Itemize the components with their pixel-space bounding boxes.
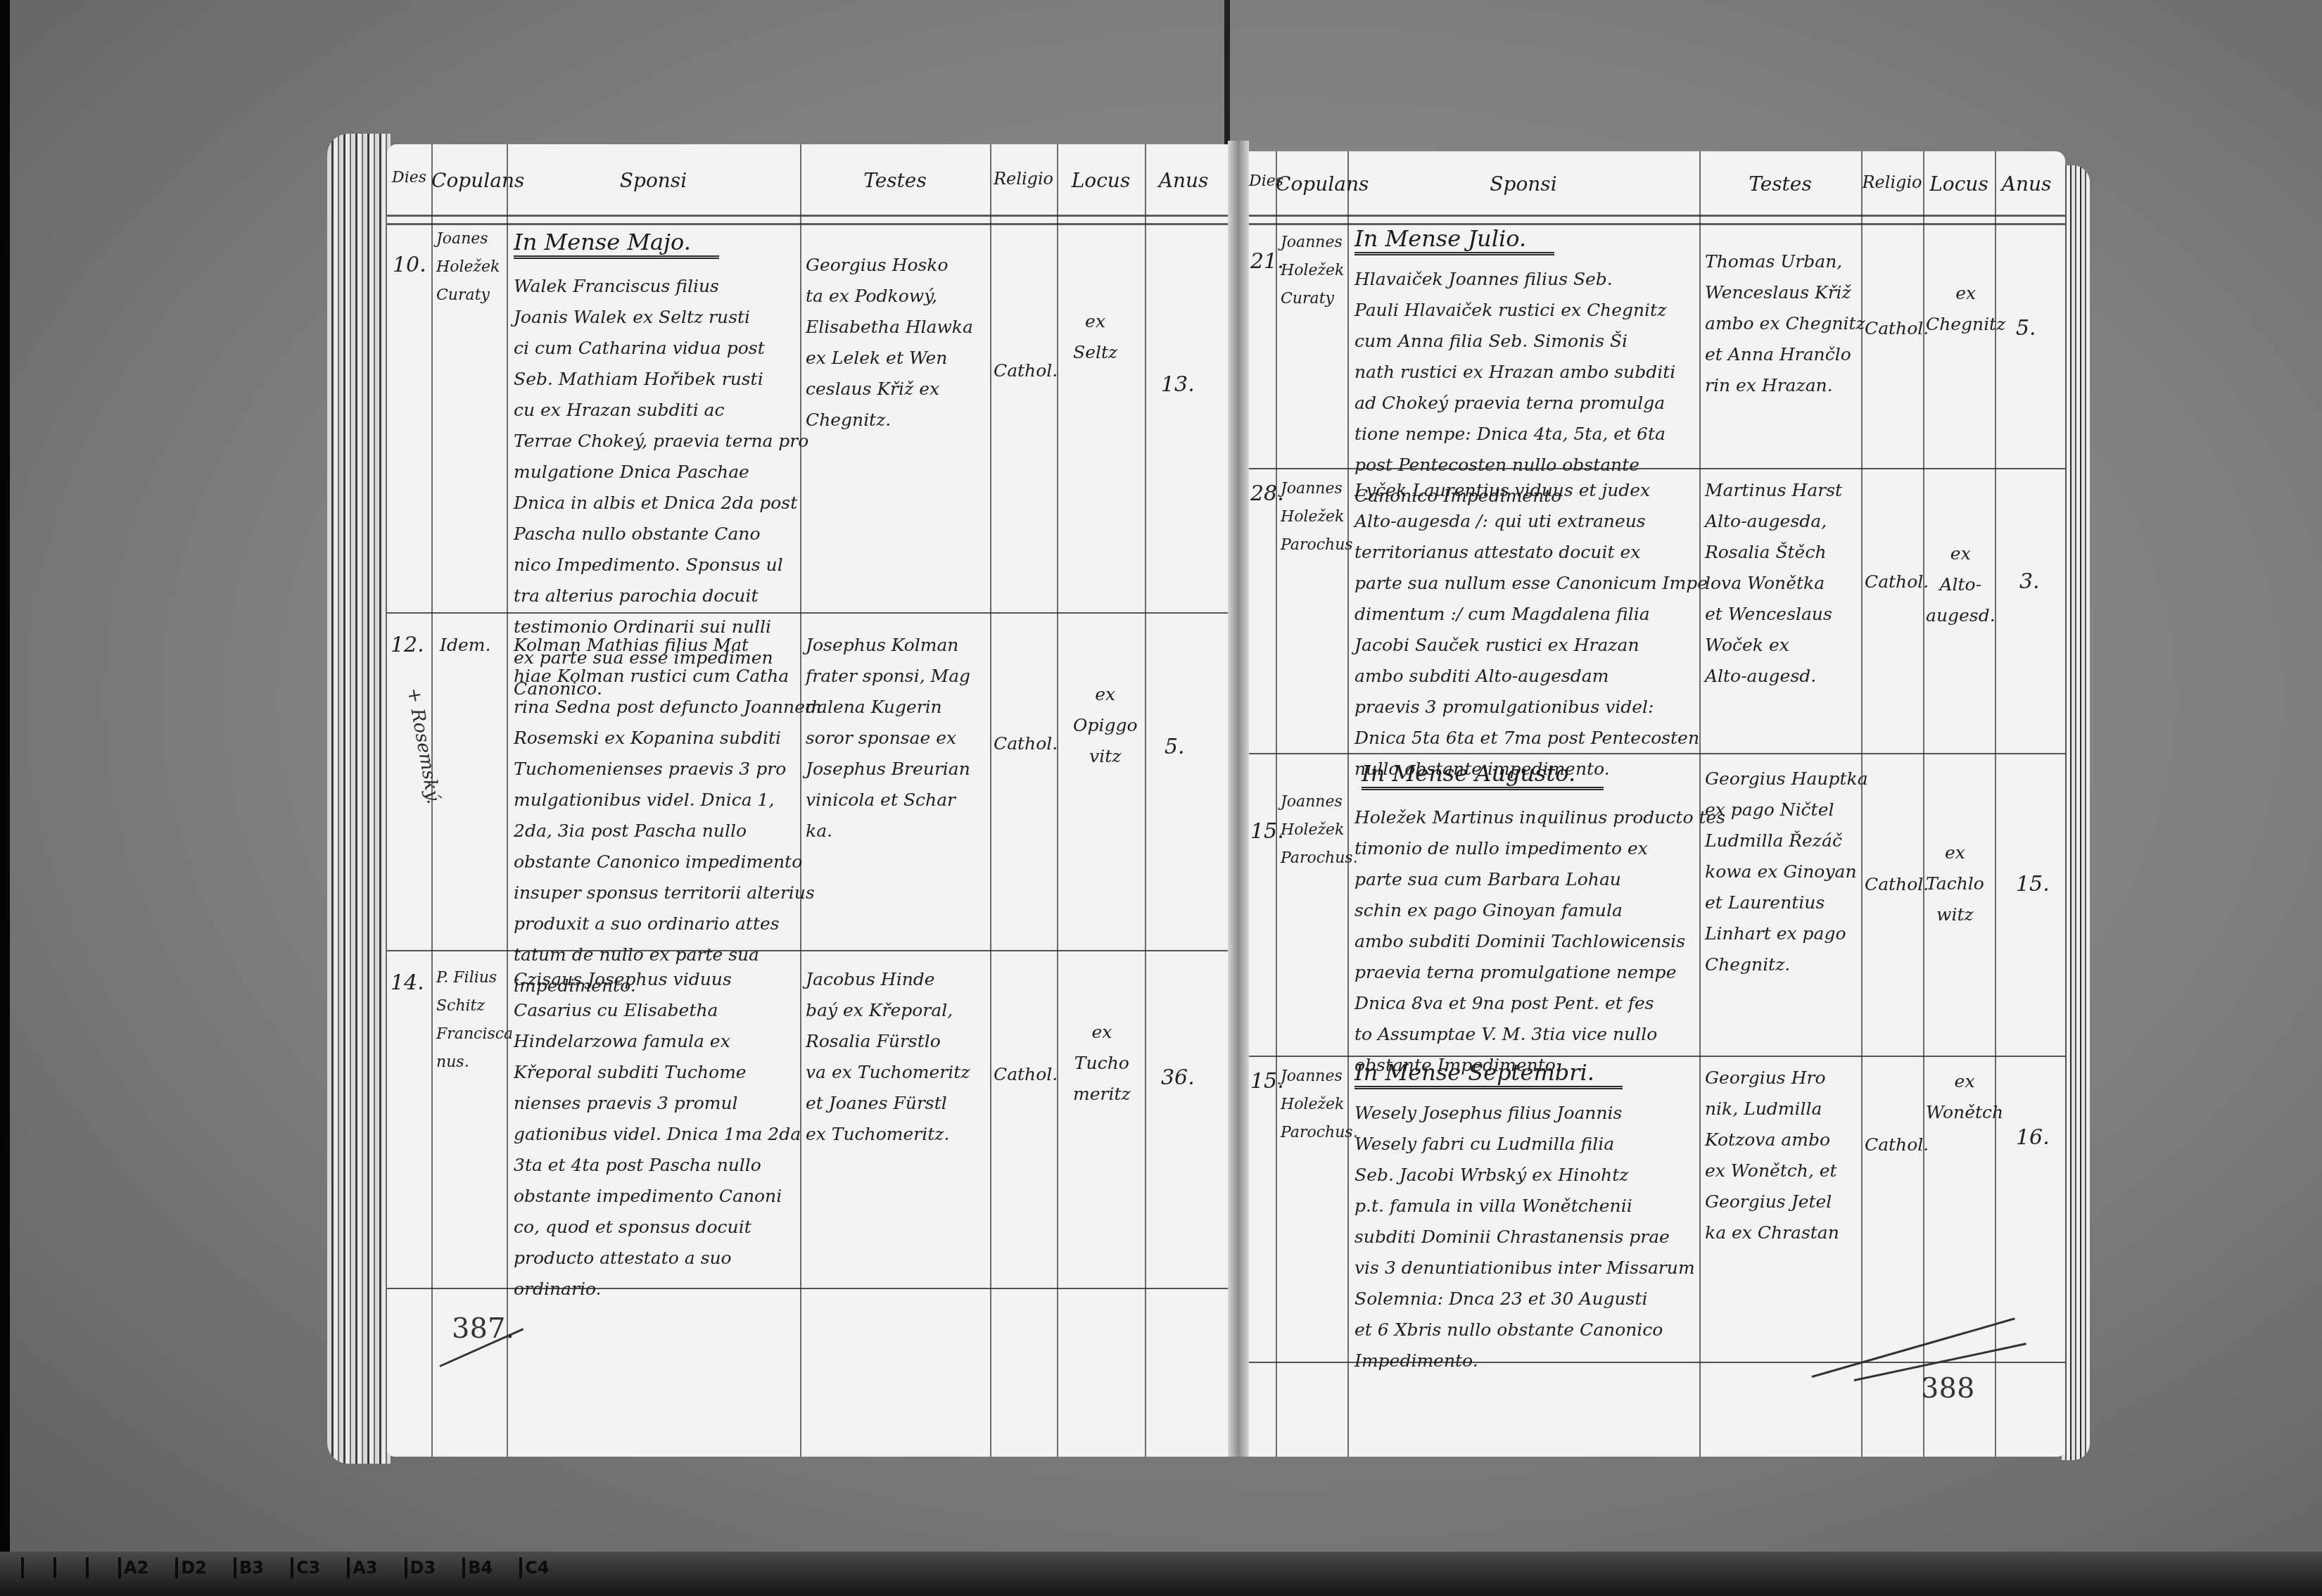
film-mark: B4: [462, 1557, 493, 1578]
page-number: 388: [1921, 1372, 1974, 1405]
entry-sponsi: Holežek Martinus inquilinus producto tes…: [1354, 802, 1725, 1081]
film-mark: C3: [291, 1557, 320, 1578]
col-header-religio: Religio: [1861, 172, 1923, 192]
film-mark: [53, 1557, 59, 1578]
entry-anus: 16.: [2016, 1122, 2050, 1153]
film-mark: [21, 1557, 27, 1578]
entry-testes: Georgius Hauptka ex pago Ničtel Ludmilla…: [1705, 764, 1868, 980]
entry-locus: ex Alto- augesd.: [1926, 538, 1996, 631]
col-header-copulans: Copulans: [431, 169, 507, 192]
entry-sponsi: Lyček Laurentius viduus et judex Alto-au…: [1354, 475, 1708, 785]
left-page: Dies Copulans Sponsi Testes Religio Locu…: [387, 144, 1228, 1457]
film-mark: C4: [519, 1557, 549, 1578]
entry-locus: ex Opiggo vitz: [1073, 679, 1138, 772]
entry-copulans: Joannes Holežek Parochus.: [1281, 1063, 1358, 1147]
entry-locus: ex Wonětch: [1926, 1066, 2003, 1128]
entry-religio: Cathol.: [1865, 313, 1929, 344]
col-header-dies: Dies: [387, 169, 431, 186]
entry-day: 10.: [393, 250, 426, 281]
entry-anus: 3.: [2019, 566, 2040, 597]
entry-day: 28.: [1250, 479, 1284, 509]
entry-day: 21.: [1250, 246, 1284, 277]
entry-sponsi: Czisaus Josephus viduus Casarius cu Elis…: [514, 964, 801, 1305]
book-gutter: [1228, 141, 1249, 1457]
entry-testes: Georgius Hro nik, Ludmilla Kotzova ambo …: [1705, 1063, 1839, 1248]
month-header-august: In Mense Augusto.: [1362, 760, 1604, 790]
entry-copulans: Idem.: [440, 630, 490, 661]
book-page-edges-right: [2062, 165, 2090, 1460]
film-mark: D2: [175, 1557, 207, 1578]
film-frame-marks: A2 D2 B3 C3 A3 D3 B4 C4: [21, 1557, 549, 1578]
col-header-locus: Locus: [1057, 169, 1145, 192]
entry-anus: 36.: [1161, 1063, 1195, 1094]
col-header-anus: Anus: [1145, 169, 1222, 192]
entry-copulans: Joannes Holežek Parochus: [1281, 475, 1353, 559]
col-header-testes: Testes: [1699, 172, 1861, 196]
book-page-edges-left: [327, 134, 391, 1464]
entry-locus: ex Tucho meritz: [1073, 1017, 1131, 1110]
entry-religio: Cathol.: [1865, 566, 1929, 597]
entry-religio: Cathol.: [994, 355, 1058, 386]
entry-anus: 5.: [2016, 313, 2036, 344]
month-header-may: In Mense Majo.: [514, 229, 719, 259]
col-header-sponsi: Sponsi: [1347, 172, 1699, 196]
film-mark: A2: [118, 1557, 148, 1578]
film-mark: B3: [234, 1557, 264, 1578]
col-header-sponsi: Sponsi: [507, 169, 800, 192]
col-header-testes: Testes: [800, 169, 990, 192]
entry-day: 15.: [1250, 816, 1284, 847]
entry-copulans: P. Filius Schitz Francisca nus.: [436, 964, 513, 1077]
entry-locus: ex Seltz: [1073, 306, 1117, 368]
film-mark: D3: [405, 1557, 436, 1578]
col-header-religio: Religio: [990, 169, 1057, 189]
entry-testes: Georgius Hosko ta ex Podkowý, Elisabetha…: [806, 250, 973, 436]
col-header-locus: Locus: [1923, 172, 1995, 196]
film-mark: A3: [347, 1557, 377, 1578]
entry-testes: Jacobus Hinde baý ex Křeporal, Rosalia F…: [806, 964, 970, 1150]
entry-copulans: Joanes Holežek Curaty: [436, 225, 500, 310]
film-mark: [86, 1557, 91, 1578]
entry-anus: 15.: [2016, 869, 2050, 900]
film-strip-bottom: A2 D2 B3 C3 A3 D3 B4 C4: [0, 1552, 2322, 1596]
entry-sponsi: Kolman Mathias filius Mat hiae Kolman ru…: [514, 630, 822, 1001]
entry-anus: 13.: [1161, 369, 1195, 400]
film-border-left: [0, 0, 10, 1596]
col-header-copulans: Copulans: [1276, 172, 1347, 196]
page-number: 387.: [452, 1312, 514, 1345]
entry-copulans: Joannes Holežek Curaty: [1281, 229, 1344, 313]
entry-day: 12.: [391, 630, 424, 661]
month-header-july: In Mense Julio.: [1354, 225, 1554, 255]
entry-testes: Thomas Urban, Wenceslaus Křiž ambo ex Ch…: [1705, 246, 1865, 401]
entry-locus: ex Chegnitz: [1926, 278, 2005, 340]
entry-religio: Cathol.: [1865, 1129, 1929, 1160]
entry-locus: ex Tachlo witz: [1926, 837, 1984, 930]
entry-copulans: Joannes Holežek Parochus.: [1281, 788, 1358, 873]
month-header-september: In Mense Septembri.: [1354, 1059, 1623, 1089]
entry-testes: Josephus Kolman frater sponsi, Mag dalen…: [806, 630, 970, 847]
entry-religio: Cathol.: [994, 1059, 1058, 1090]
col-header-anus: Anus: [1995, 172, 2058, 196]
col-header-dies: Dies: [1249, 172, 1276, 190]
entry-anus: 5.: [1165, 732, 1185, 763]
right-page: Dies Copulans Sponsi Testes Religio Locu…: [1249, 151, 2065, 1457]
entry-sponsi: Wesely Josephus filius Joannis Wesely fa…: [1354, 1098, 1695, 1376]
entry-testes: Martinus Harst Alto-augesda, Rosalia Ště…: [1705, 475, 1842, 692]
entry-religio: Cathol.: [1865, 869, 1929, 900]
entry-day: 14.: [391, 968, 424, 999]
entry-religio: Cathol.: [994, 728, 1058, 759]
entry-day: 15.: [1250, 1066, 1284, 1097]
